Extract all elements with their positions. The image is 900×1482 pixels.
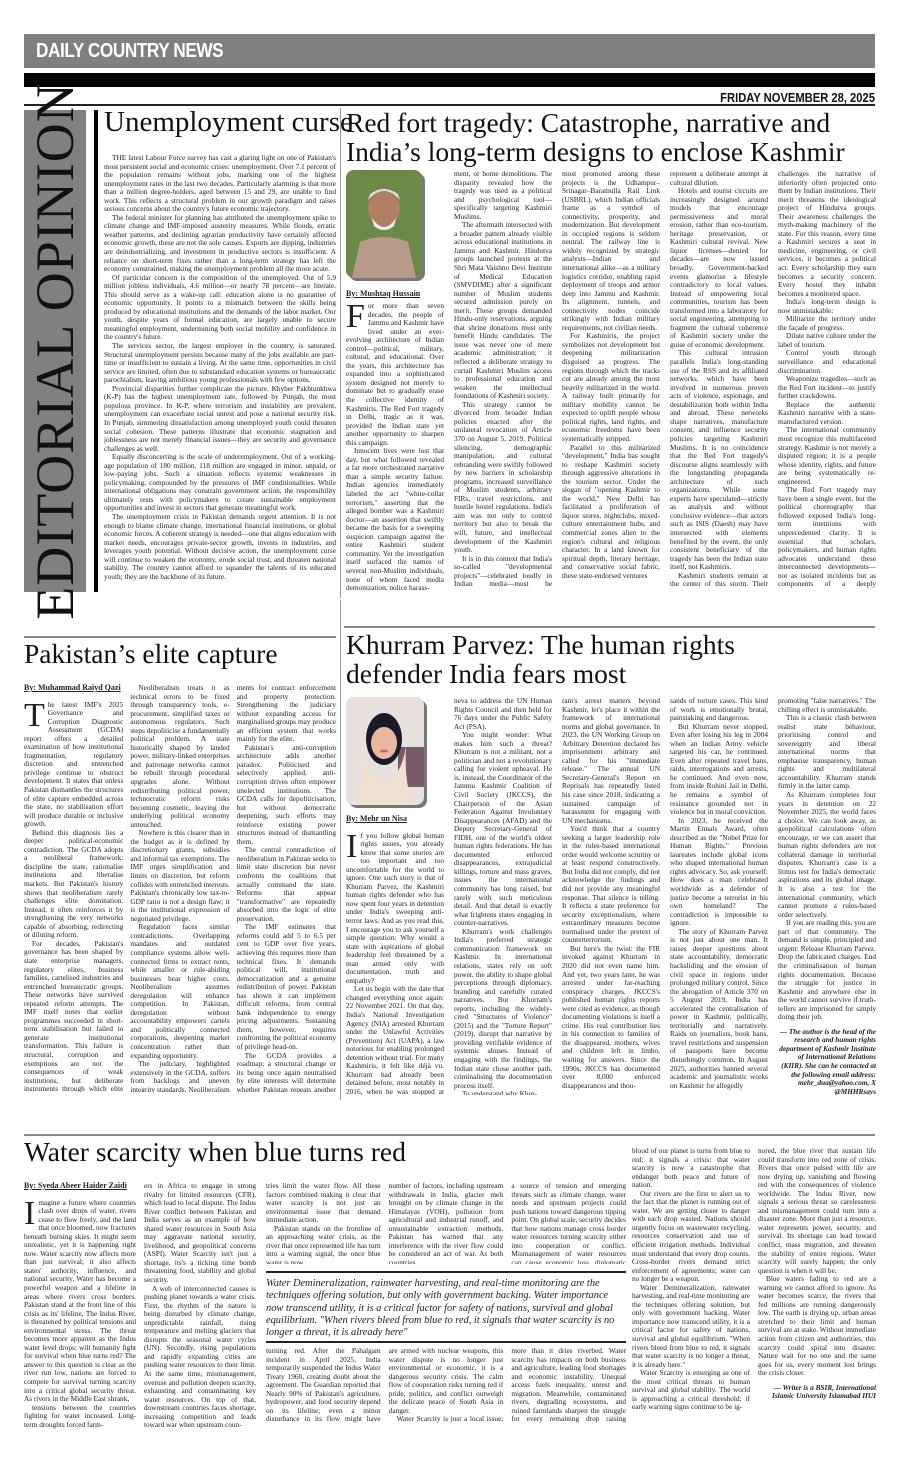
dropcap: I [346, 834, 357, 860]
byline: By: Muhammad Raiyd Qazi [24, 684, 123, 693]
dropcap: F [346, 304, 365, 330]
red-fort-col-4: represent a deliberate attempt at cultur… [670, 170, 768, 590]
issue-date: FRIDAY NOVEMBER 28, 2025 [720, 90, 875, 105]
khurram-col-3: ram's arrest matters beyond Kashmir, let… [562, 697, 660, 1095]
paragraph: represent a deliberate attempt at cultur… [670, 170, 768, 187]
editorial-opinion-sidebar: EDITORIAL OPINION [24, 110, 86, 592]
paragraph: Weaponize tragedies—such as the Red Fort… [778, 375, 876, 401]
paragraph: Neoliberalism treats it as technical err… [130, 684, 229, 829]
author-signoff: — Writer is a BSIR, International Islami… [758, 1384, 876, 1401]
paragraph: are armed with nuclear weapons, this wat… [389, 1347, 504, 1415]
byline: By: Syeda Abeer Haider Zaidi [24, 1182, 136, 1191]
paragraph: To understand why Khur- [454, 1090, 552, 1095]
section-divider [344, 626, 875, 628]
paragraph: THE latest Labour Force survey has cast … [104, 154, 336, 214]
paragraph: a source of tension and emerging threats… [511, 1182, 626, 1264]
headline-unemployment: Unemployment curse [104, 108, 353, 137]
paragraph: You might wonder: What makes him such a … [454, 731, 552, 928]
headline-elite-capture: Pakistan’s elite capture [24, 640, 278, 668]
paragraph: Kashmiri students remain at the center o… [670, 572, 768, 590]
paragraph: This is a classic clash between realist … [778, 714, 876, 791]
paragraph: Innocent lives were lost that day, but w… [346, 447, 444, 590]
water-col-3-bottom: turning red. After the Pahalgam incident… [266, 1347, 381, 1423]
paragraph: Water Scarcity is emerging as one of the… [632, 1369, 750, 1412]
newspaper-title: DAILY COUNTRY NEWS [36, 40, 223, 63]
paragraph: ment, or home demolitions. The disparity… [454, 170, 552, 221]
water-col-1: By: Syeda Abeer Haider Zaidi Imagine a f… [24, 1182, 136, 1474]
elite-col-3: ments for contract enforcement and prope… [237, 684, 336, 1092]
paragraph: If you are reading this, you are part of… [778, 919, 876, 1022]
dropcap: I [24, 1201, 35, 1227]
red-fort-columns: For more than seven decades, the people … [346, 170, 876, 590]
paragraph: Replace the authentic Kashmiri narrative… [778, 401, 876, 427]
paragraph: A web of interconnected causes is pushin… [144, 1285, 256, 1430]
paragraph: ram's arrest matters beyond Kashmir, let… [562, 697, 660, 825]
paragraph: ers in Africa to engage in strong rivalr… [144, 1182, 256, 1285]
pull-quote: Water Demineralization, rainwater harves… [266, 1278, 626, 1338]
water-col-4-top: number of factors, including upstream wi… [389, 1182, 504, 1264]
red-fort-col-3: most promoted among these projects is th… [562, 170, 660, 590]
red-fort-col-1: For more than seven decades, the people … [346, 170, 444, 590]
khurram-columns: By: Mehr un Nisa If you follow global hu… [346, 697, 876, 1095]
paragraph: Dilute native culture under the label of… [778, 332, 876, 349]
water-col-2: ers in Africa to engage in strong rivalr… [144, 1182, 256, 1474]
paragraph: Nowhere is this clearer than in the budg… [130, 829, 229, 923]
paragraph: Water Demineralization, rainwater harves… [632, 1284, 750, 1369]
paragraph: Behind this diagnosis lies a deeper poli… [24, 829, 123, 940]
headline-line: Red fort tragedy: Catastrophe, narrative… [346, 108, 845, 137]
headline-khurram-parvez: Khurram Parvez: The human rights defende… [346, 630, 735, 688]
paragraph: Our rivers are the first to alert us to … [632, 1190, 750, 1284]
paragraph: turning red. After the Pahalgam incident… [266, 1347, 381, 1423]
paragraph: This strategy cannot be divorced from br… [454, 401, 552, 555]
paragraph: nored, the blue river that sustain life … [758, 1147, 876, 1275]
red-fort-col-5: challenges the narrative of inferiority … [778, 170, 876, 590]
paragraph: Militarize the territory under the façad… [778, 315, 876, 332]
masthead-banner: DAILY COUNTRY NEWS [24, 34, 875, 68]
paragraph: The judiciary, highlighted extensively i… [130, 1060, 229, 1092]
paragraph: The aftermath intersected with a broader… [454, 221, 552, 400]
paragraph: Pakistan stands on the frontline of an a… [266, 1225, 381, 1264]
paragraph: This cultural intrusion parallels India'… [670, 349, 768, 571]
paragraph: number of factors, including upstream wi… [389, 1182, 504, 1264]
khurram-col-5: promoting "false narratives." The chilli… [778, 697, 876, 1095]
headline-line: defender India fears most [346, 659, 735, 688]
paragraph: sands of torture cases. This kind of wor… [670, 697, 768, 723]
paragraph: For decades, Pakistan's governance has b… [24, 940, 123, 1092]
water-mid-top-columns: tries limit the water flow. All these fa… [266, 1182, 626, 1264]
pullquote-top-rule [266, 1271, 626, 1273]
paragraph: The story of Khurram Parvez is not just … [670, 928, 768, 1090]
column-divider [340, 108, 341, 598]
author-signoff: — The author is the head of the research… [778, 1028, 876, 1095]
paragraph: Control youth through surveillance and e… [778, 349, 876, 375]
paragraph: Pakistan's anti-corruption architecture … [237, 744, 336, 847]
paragraph: The central contradiction of neoliberali… [237, 846, 336, 923]
paragraph: Blue waters fading to red are a warning … [758, 1275, 876, 1378]
paragraph: tensions between the countries fighting … [24, 1404, 136, 1430]
paragraph: Let us begin with the date that changed … [346, 985, 444, 1095]
paragraph: It is in this context that India's so-ca… [454, 555, 552, 590]
article-unemployment-body: THE latest Labour Force survey has cast … [104, 154, 336, 590]
paragraph: blood of our planet is turns from blue t… [632, 1147, 750, 1190]
water-col-4-bottom: are armed with nuclear weapons, this wat… [389, 1347, 504, 1423]
paragraph: Of particular concern is the composition… [104, 274, 336, 342]
water-col-7: nored, the blue river that sustain life … [758, 1147, 876, 1437]
paragraph: ments for contract enforcement and prope… [237, 684, 336, 744]
water-left-columns: By: Syeda Abeer Haider Zaidi Imagine a f… [24, 1182, 256, 1474]
paragraph: Water Scarcity is just a local issue; it… [389, 1415, 504, 1423]
paragraph: promoting "false narratives." The chilli… [778, 697, 876, 714]
water-col-5-top: a source of tension and emerging threats… [511, 1182, 626, 1264]
masthead-black-bar [24, 73, 875, 87]
paragraph: neva to address the UN Human Rights Coun… [454, 697, 552, 731]
paragraph: But here's the twist: the FIR invoked ag… [562, 945, 660, 1090]
paragraph: But Khurram never stopped. Even after lo… [670, 723, 768, 817]
elite-columns: By: Muhammad Raiyd Qazi The latest IMF's… [24, 684, 336, 1092]
paragraph: The federal minister for planning has at… [104, 214, 336, 274]
paragraph: Regulation faces similar contradictions.… [130, 923, 229, 1060]
paragraph: India's long-term design is now unmistak… [778, 298, 876, 315]
red-fort-col-2: ment, or home demolitions. The disparity… [454, 170, 552, 590]
paragraph: Khurram's work challenges India's prefer… [454, 928, 552, 1090]
water-col-6: blood of our planet is turns from blue t… [632, 1147, 750, 1437]
paragraph: Equally disconcerting is the scale of un… [104, 453, 336, 513]
water-col-5-bottom: more than it dries riverbed. Water scarc… [511, 1347, 626, 1423]
paragraph: The IMF estimates that reforms could add… [237, 923, 336, 1051]
headline-water-scarcity: Water scarcity when blue turns red [24, 1138, 406, 1166]
paragraph: tries limit the water flow. All these fa… [266, 1182, 381, 1225]
paragraph: The Red Fort tragedy may have been a sin… [778, 486, 876, 590]
headline-line: India’s long-term designs to enclose Kas… [346, 137, 845, 166]
paragraph: The services sector, the largest employe… [104, 342, 336, 385]
paragraph: challenges the narrative of inferiority … [778, 170, 876, 298]
water-col-3-top: tries limit the water flow. All these fa… [266, 1182, 381, 1264]
paragraph: Provincial disparities further complicat… [104, 385, 336, 453]
paragraph: In 2023, he received the Martin Ennals A… [670, 817, 768, 928]
paragraph: The unemployment crisis in Pakistan dema… [104, 513, 336, 581]
sidebar-divider [94, 110, 98, 592]
pullquote-bottom-rule [266, 1341, 626, 1343]
paragraph: You'd think that a country seeking a lar… [562, 825, 660, 945]
paragraph: For Kashmiris, the project symbolizes no… [562, 332, 660, 443]
paragraph: Parallel to this militarized "developmen… [562, 444, 660, 581]
headline-line: Khurram Parvez: The human rights [346, 630, 735, 659]
paragraph: more than it dries riverbed. Water scarc… [511, 1347, 626, 1423]
dropcap: T [24, 703, 45, 729]
sidebar-label: EDITORIAL OPINION [24, 82, 86, 619]
paragraph: As Khurram completes four years in deten… [778, 791, 876, 919]
water-mid-bottom-columns: turning red. After the Pahalgam incident… [266, 1347, 626, 1423]
byline: By: Mehr un Nisa [346, 815, 444, 824]
elite-col-1: By: Muhammad Raiyd Qazi The latest IMF's… [24, 684, 123, 1092]
paragraph: most promoted among these projects is th… [562, 170, 660, 332]
paragraph: Hotels and tourist circuits are increasi… [670, 187, 768, 349]
water-right-columns: blood of our planet is turns from blue t… [632, 1147, 876, 1437]
khurram-col-4: sands of torture cases. This kind of wor… [670, 697, 768, 1095]
elite-col-2: Neoliberalism treats it as technical err… [130, 684, 229, 1092]
paragraph: The GCDA provides a roadmap; a structura… [237, 1052, 336, 1092]
khurram-col-2: neva to address the UN Human Rights Coun… [454, 697, 552, 1095]
headline-red-fort: Red fort tragedy: Catastrophe, narrative… [346, 108, 845, 166]
khurram-col-1: By: Mehr un Nisa If you follow global hu… [346, 697, 444, 1095]
column-divider [340, 600, 341, 1100]
paragraph: The international community must recogni… [778, 426, 876, 486]
